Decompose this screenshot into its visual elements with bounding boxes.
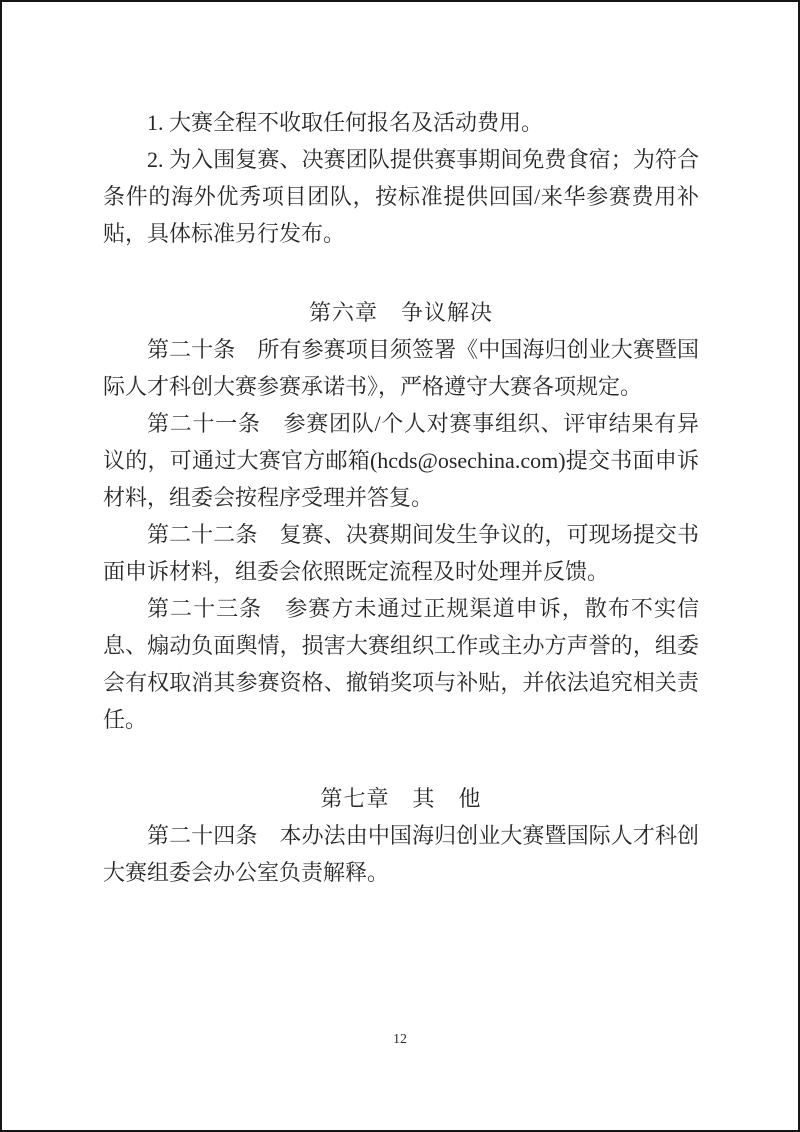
paragraph-fee-item-1: 1. 大赛全程不收取任何报名及活动费用。 — [103, 104, 699, 141]
chapter-7-heading: 第七章 其 他 — [103, 780, 699, 817]
paragraph-article-24: 第二十四条 本办法由中国海归创业大赛暨国际人才科创大赛组委会办公室负责解释。 — [103, 817, 699, 891]
document-body: 1. 大赛全程不收取任何报名及活动费用。 2. 为入围复赛、决赛团队提供赛事期间… — [103, 104, 699, 891]
page-number: 12 — [2, 1030, 798, 1050]
chapter-6-heading: 第六章 争议解决 — [103, 294, 699, 331]
paragraph-article-23: 第二十三条 参赛方未通过正规渠道申诉，散布不实信息、煽动负面舆情，损害大赛组织工… — [103, 590, 699, 738]
paragraph-article-20: 第二十条 所有参赛项目须签署《中国海归创业大赛暨国际人才科创大赛参赛承诺书》，严… — [103, 331, 699, 405]
paragraph-article-22: 第二十二条 复赛、决赛期间发生争议的，可现场提交书面申诉材料，组委会依照既定流程… — [103, 516, 699, 590]
document-page: 1. 大赛全程不收取任何报名及活动费用。 2. 为入围复赛、决赛团队提供赛事期间… — [0, 0, 800, 1132]
paragraph-article-21: 第二十一条 参赛团队/个人对赛事组织、评审结果有异议的，可通过大赛官方邮箱(hc… — [103, 405, 699, 516]
paragraph-fee-item-2: 2. 为入围复赛、决赛团队提供赛事期间免费食宿；为符合条件的海外优秀项目团队，按… — [103, 141, 699, 252]
